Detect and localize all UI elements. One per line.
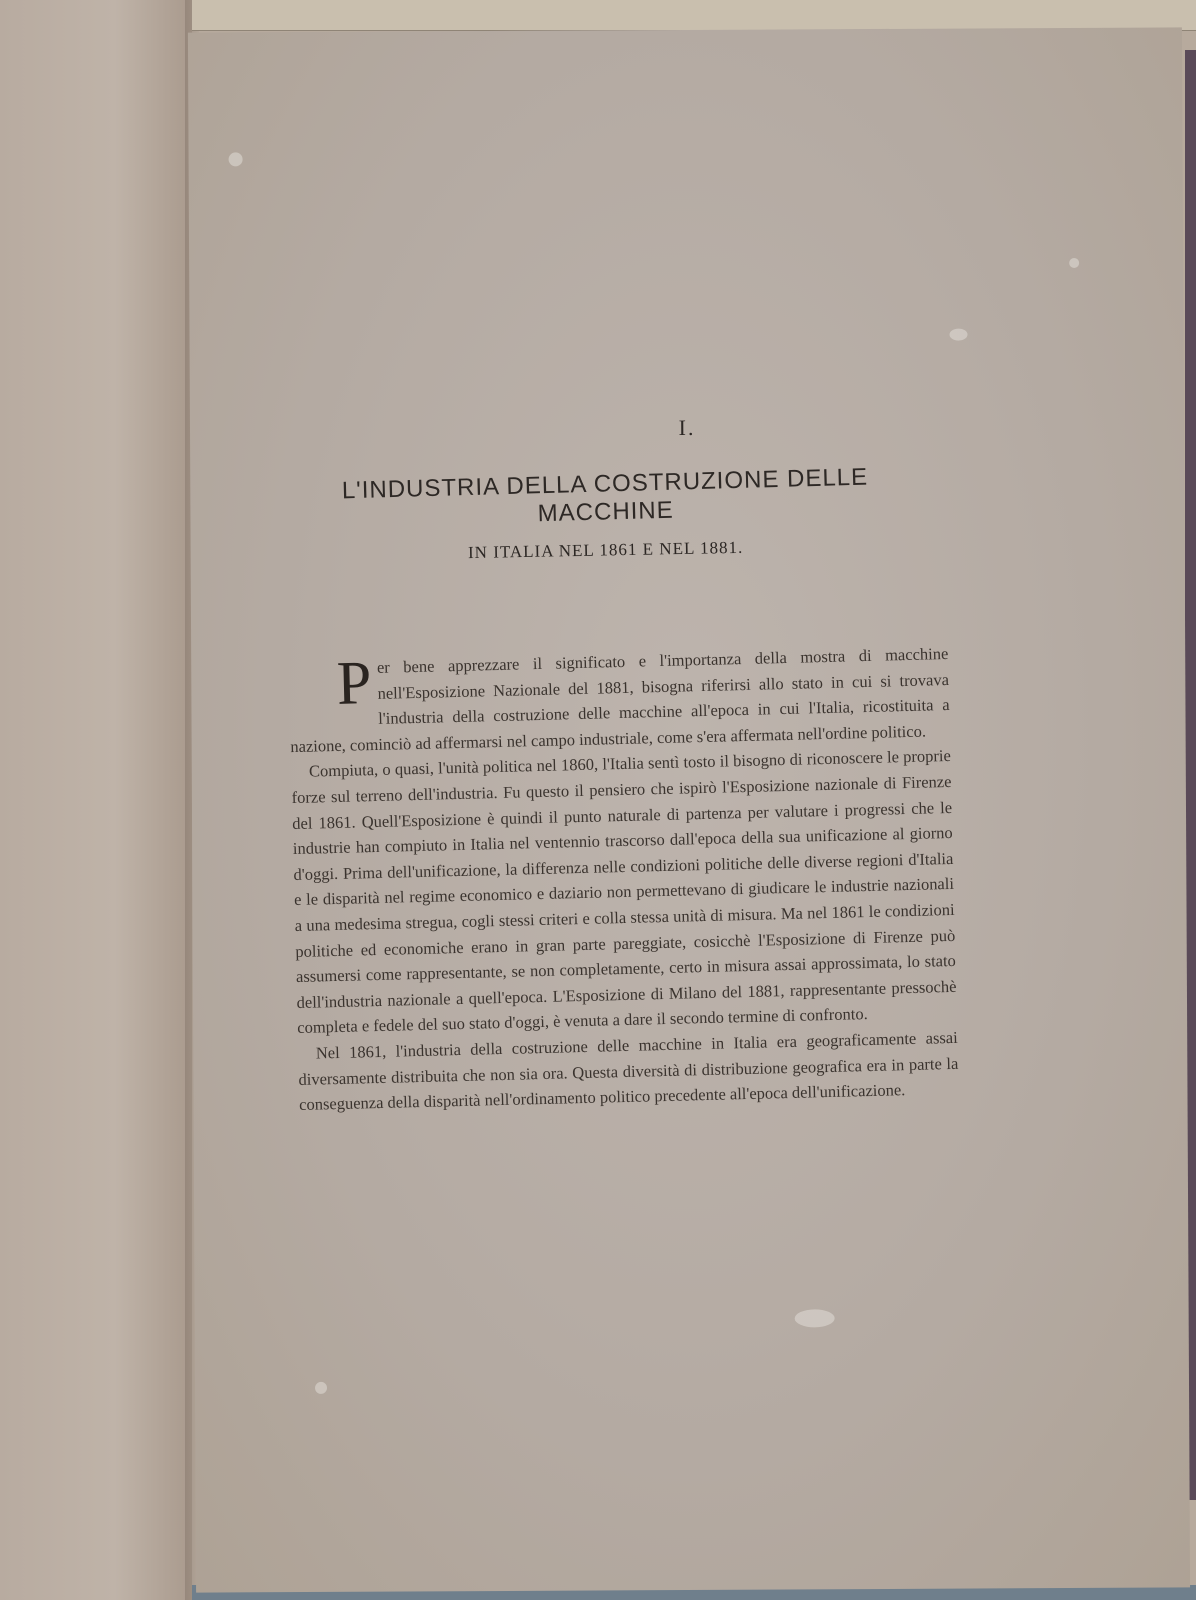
paragraph: Compiuta, o quasi, l'unità politica nel … [291,743,958,1041]
chapter-number: I. [190,412,1184,443]
underlying-page-edge [192,0,1196,31]
body-text: Per bene apprezzare il significato e l'i… [288,641,959,1118]
book-page: I. L'INDUSTRIA DELLA COSTRUZIONE DELLE M… [188,27,1190,1592]
chapter-title: L'INDUSTRIA DELLA COSTRUZIONE DELLE MACC… [285,462,926,535]
left-page [0,0,192,1600]
paragraph: Per bene apprezzare il significato e l'i… [288,641,950,759]
chapter-subtitle: IN ITALIA NEL 1861 E NEL 1881. [191,532,1021,568]
drop-cap: P [336,659,372,708]
paragraph: Nel 1861, l'industria della costruzione … [298,1025,960,1118]
